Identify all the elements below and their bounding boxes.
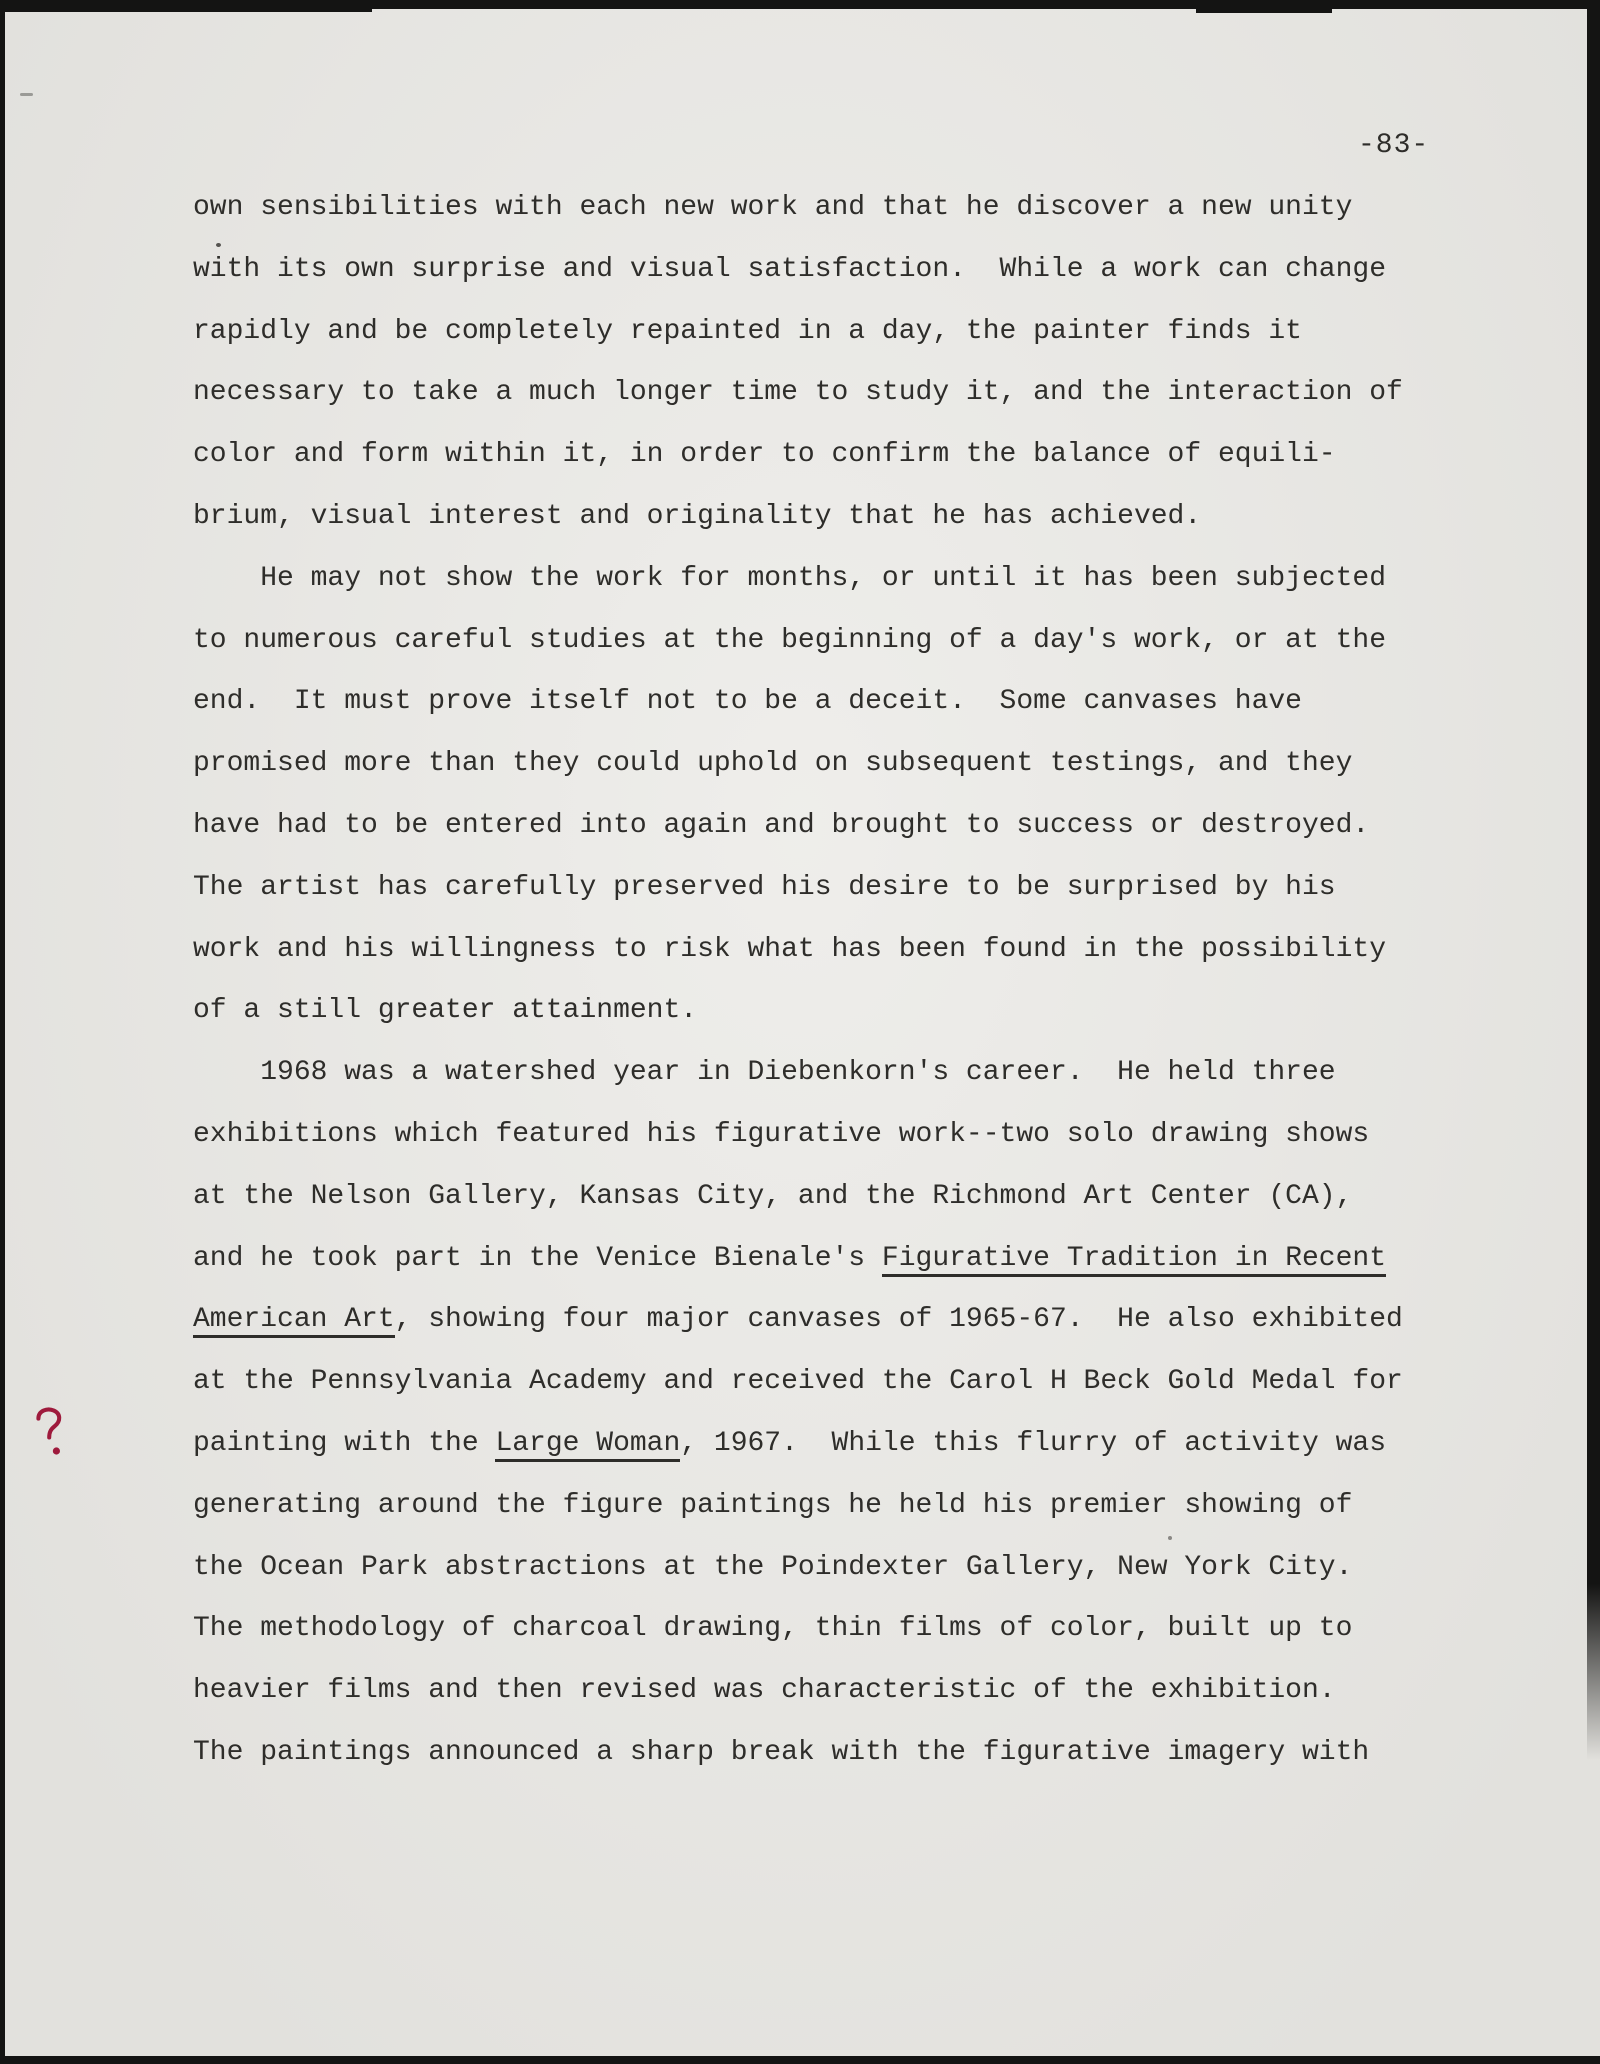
handwritten-question-mark [33,1406,69,1460]
text-line: work and his willingness to risk what ha… [193,919,1453,981]
underlined-title: Large Woman [495,1428,680,1462]
scan-speckle [216,243,221,247]
scan-speckle [1168,1536,1172,1540]
text-line: of a still greater attainment. [193,980,1453,1042]
page-number: -83- [1358,132,1429,160]
text-line: exhibitions which featured his figurativ… [193,1104,1453,1166]
text-line: brium, visual interest and originality t… [193,486,1453,548]
text-line: The paintings announced a sharp break wi… [193,1722,1453,1784]
text-line: painting with the Large Woman, 1967. Whi… [193,1413,1453,1475]
text-line: The methodology of charcoal drawing, thi… [193,1598,1453,1660]
text-line: American Art, showing four major canvase… [193,1289,1453,1351]
underlined-title: Figurative Tradition in Recent [882,1243,1386,1277]
text-line: 1968 was a watershed year in Diebenkorn'… [193,1042,1453,1104]
scan-border-left [0,0,5,2064]
text-line: the Ocean Park abstractions at the Poind… [193,1537,1453,1599]
text-line: have had to be entered into again and br… [193,795,1453,857]
text-line: and he took part in the Venice Bienale's… [193,1228,1453,1290]
text-line: necessary to take a much longer time to … [193,362,1453,424]
scan-speckle [20,93,33,96]
scan-border-right [1587,0,1600,1760]
text-line: generating around the figure paintings h… [193,1475,1453,1537]
text-line: end. It must prove itself not to be a de… [193,671,1453,733]
text-line: heavier films and then revised was chara… [193,1660,1453,1722]
text-line: at the Pennsylvania Academy and received… [193,1351,1453,1413]
scan-border-bottom [0,2056,1600,2064]
scan-border-top-lump [0,0,372,12]
question-mark-icon [33,1406,69,1460]
text-line: He may not show the work for months, or … [193,548,1453,610]
text-line: rapidly and be completely repainted in a… [193,301,1453,363]
text-line: to numerous careful studies at the begin… [193,610,1453,672]
underlined-title: American Art [193,1304,395,1338]
page: -83- own sensibilities with each new wor… [0,0,1600,2064]
text-line: own sensibilities with each new work and… [193,177,1453,239]
text-line: at the Nelson Gallery, Kansas City, and … [193,1166,1453,1228]
text-line: with its own surprise and visual satisfa… [193,239,1453,301]
text-line: color and form within it, in order to co… [193,424,1453,486]
document-text: own sensibilities with each new work and… [193,177,1453,1784]
scan-border-top-lump [1196,0,1332,13]
text-line: The artist has carefully preserved his d… [193,857,1453,919]
text-line: promised more than they could uphold on … [193,733,1453,795]
